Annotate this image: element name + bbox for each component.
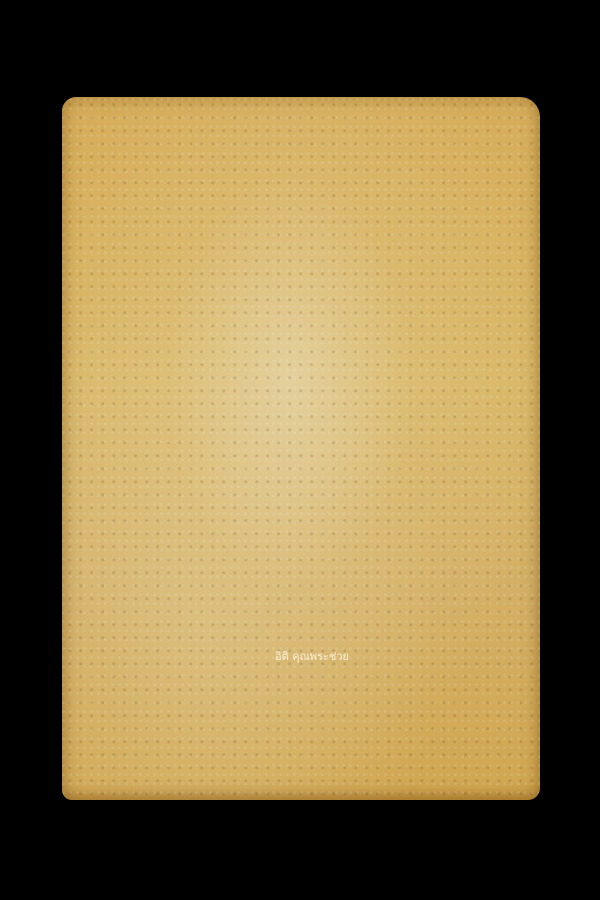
watermark-text: อิติ คุณพระช่วย — [275, 647, 349, 665]
amulet-tablet — [62, 97, 540, 800]
